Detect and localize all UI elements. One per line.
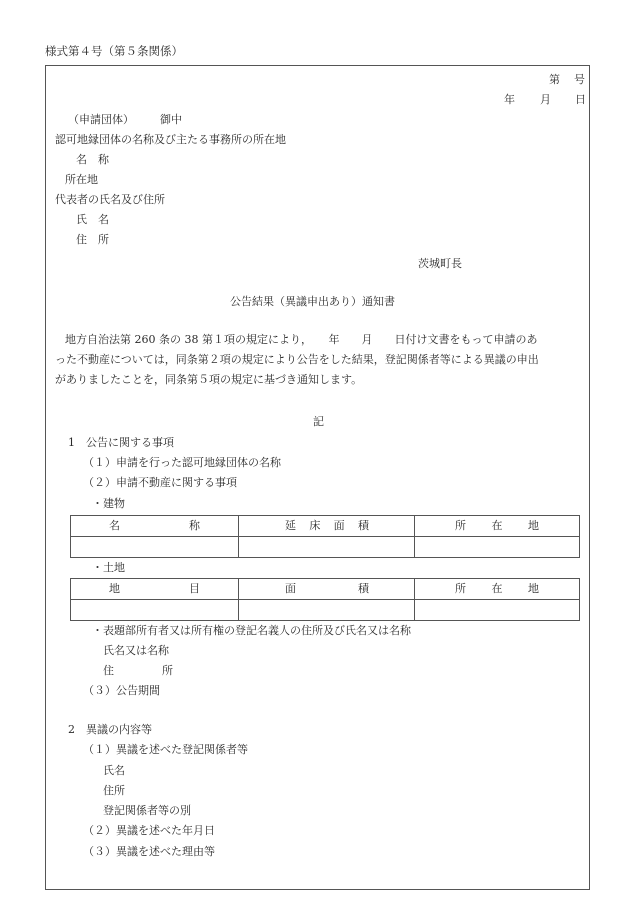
owner-address-label-2: 所 bbox=[162, 664, 173, 678]
ki-heading: 記 bbox=[313, 415, 324, 429]
table-row bbox=[71, 600, 580, 621]
building-cell-floor-area[interactable] bbox=[239, 537, 415, 558]
section2-heading: 2 異議の内容等 bbox=[68, 723, 152, 737]
section2-item1: （１）異議を述べた登記関係者等 bbox=[83, 743, 248, 757]
table-row bbox=[71, 537, 580, 558]
building-table: 名 称 延 床 面 積 所 在 地 bbox=[70, 515, 580, 558]
organization-name-label: 名 称 bbox=[76, 153, 109, 167]
section2-address: 住所 bbox=[103, 784, 125, 798]
number-go: 号 bbox=[574, 73, 585, 87]
number-dai: 第 bbox=[549, 73, 560, 87]
addressee-applicant: （申請団体） bbox=[68, 113, 134, 127]
land-label: ・土地 bbox=[92, 561, 125, 575]
building-header-floor-area: 延 床 面 積 bbox=[239, 516, 415, 537]
section1-item1: （１）申請を行った認可地縁団体の名称 bbox=[83, 456, 281, 470]
land-table-header: 地 目 面 積 所 在 地 bbox=[71, 579, 580, 600]
organization-location-label: 所在地 bbox=[65, 173, 98, 187]
representative-name-label: 氏 名 bbox=[76, 213, 109, 227]
organization-heading: 認可地縁団体の名称及び主たる事務所の所在地 bbox=[55, 133, 286, 147]
section2-item3: （３）異議を述べた理由等 bbox=[83, 845, 215, 859]
addressee-honorific: 御中 bbox=[160, 113, 182, 127]
owner-name-label: 氏名又は名称 bbox=[103, 644, 169, 658]
land-cell-location[interactable] bbox=[415, 600, 580, 621]
building-label: ・建物 bbox=[92, 497, 125, 511]
land-table: 地 目 面 積 所 在 地 bbox=[70, 578, 580, 621]
body-line-1: 地方自治法第 260 条の 38 第１項の規定により， 年 月 日付け文書をもっ… bbox=[65, 333, 537, 347]
section2-name: 氏名 bbox=[103, 764, 125, 778]
owner-label: ・表題部所有者又は所有権の登記名義人の住所及び氏名又は名称 bbox=[92, 624, 411, 638]
body-line-3: がありましたことを，同条第５項の規定に基づき通知します。 bbox=[55, 373, 362, 387]
land-header-location: 所 在 地 bbox=[415, 579, 580, 600]
section2-type: 登記関係者等の別 bbox=[103, 804, 191, 818]
date-day: 日 bbox=[575, 93, 586, 107]
issuer: 茨城町長 bbox=[418, 257, 462, 271]
date-month: 月 bbox=[540, 93, 551, 107]
building-header-name: 名 称 bbox=[71, 516, 239, 537]
building-cell-name[interactable] bbox=[71, 537, 239, 558]
body-line-2: った不動産については，同条第２項の規定により公告をした結果，登記関係者等による異… bbox=[55, 353, 539, 367]
section2-item2: （２）異議を述べた年月日 bbox=[83, 824, 215, 838]
section1-item2: （２）申請不動産に関する事項 bbox=[83, 476, 237, 490]
building-cell-location[interactable] bbox=[415, 537, 580, 558]
document-title: 公告結果（異議申出あり）通知書 bbox=[230, 295, 395, 309]
section1-item3: （３）公告期間 bbox=[83, 684, 160, 698]
land-cell-category[interactable] bbox=[71, 600, 239, 621]
building-table-header: 名 称 延 床 面 積 所 在 地 bbox=[71, 516, 580, 537]
land-header-area: 面 積 bbox=[239, 579, 415, 600]
owner-address-label-1: 住 bbox=[103, 664, 114, 678]
building-header-location: 所 在 地 bbox=[415, 516, 580, 537]
form-label: 様式第４号（第５条関係） bbox=[45, 44, 183, 58]
section1-heading: 1 公告に関する事項 bbox=[68, 436, 174, 450]
land-header-category: 地 目 bbox=[71, 579, 239, 600]
land-cell-area[interactable] bbox=[239, 600, 415, 621]
date-year: 年 bbox=[504, 93, 515, 107]
representative-heading: 代表者の氏名及び住所 bbox=[55, 193, 165, 207]
representative-address-label: 住 所 bbox=[76, 233, 109, 247]
